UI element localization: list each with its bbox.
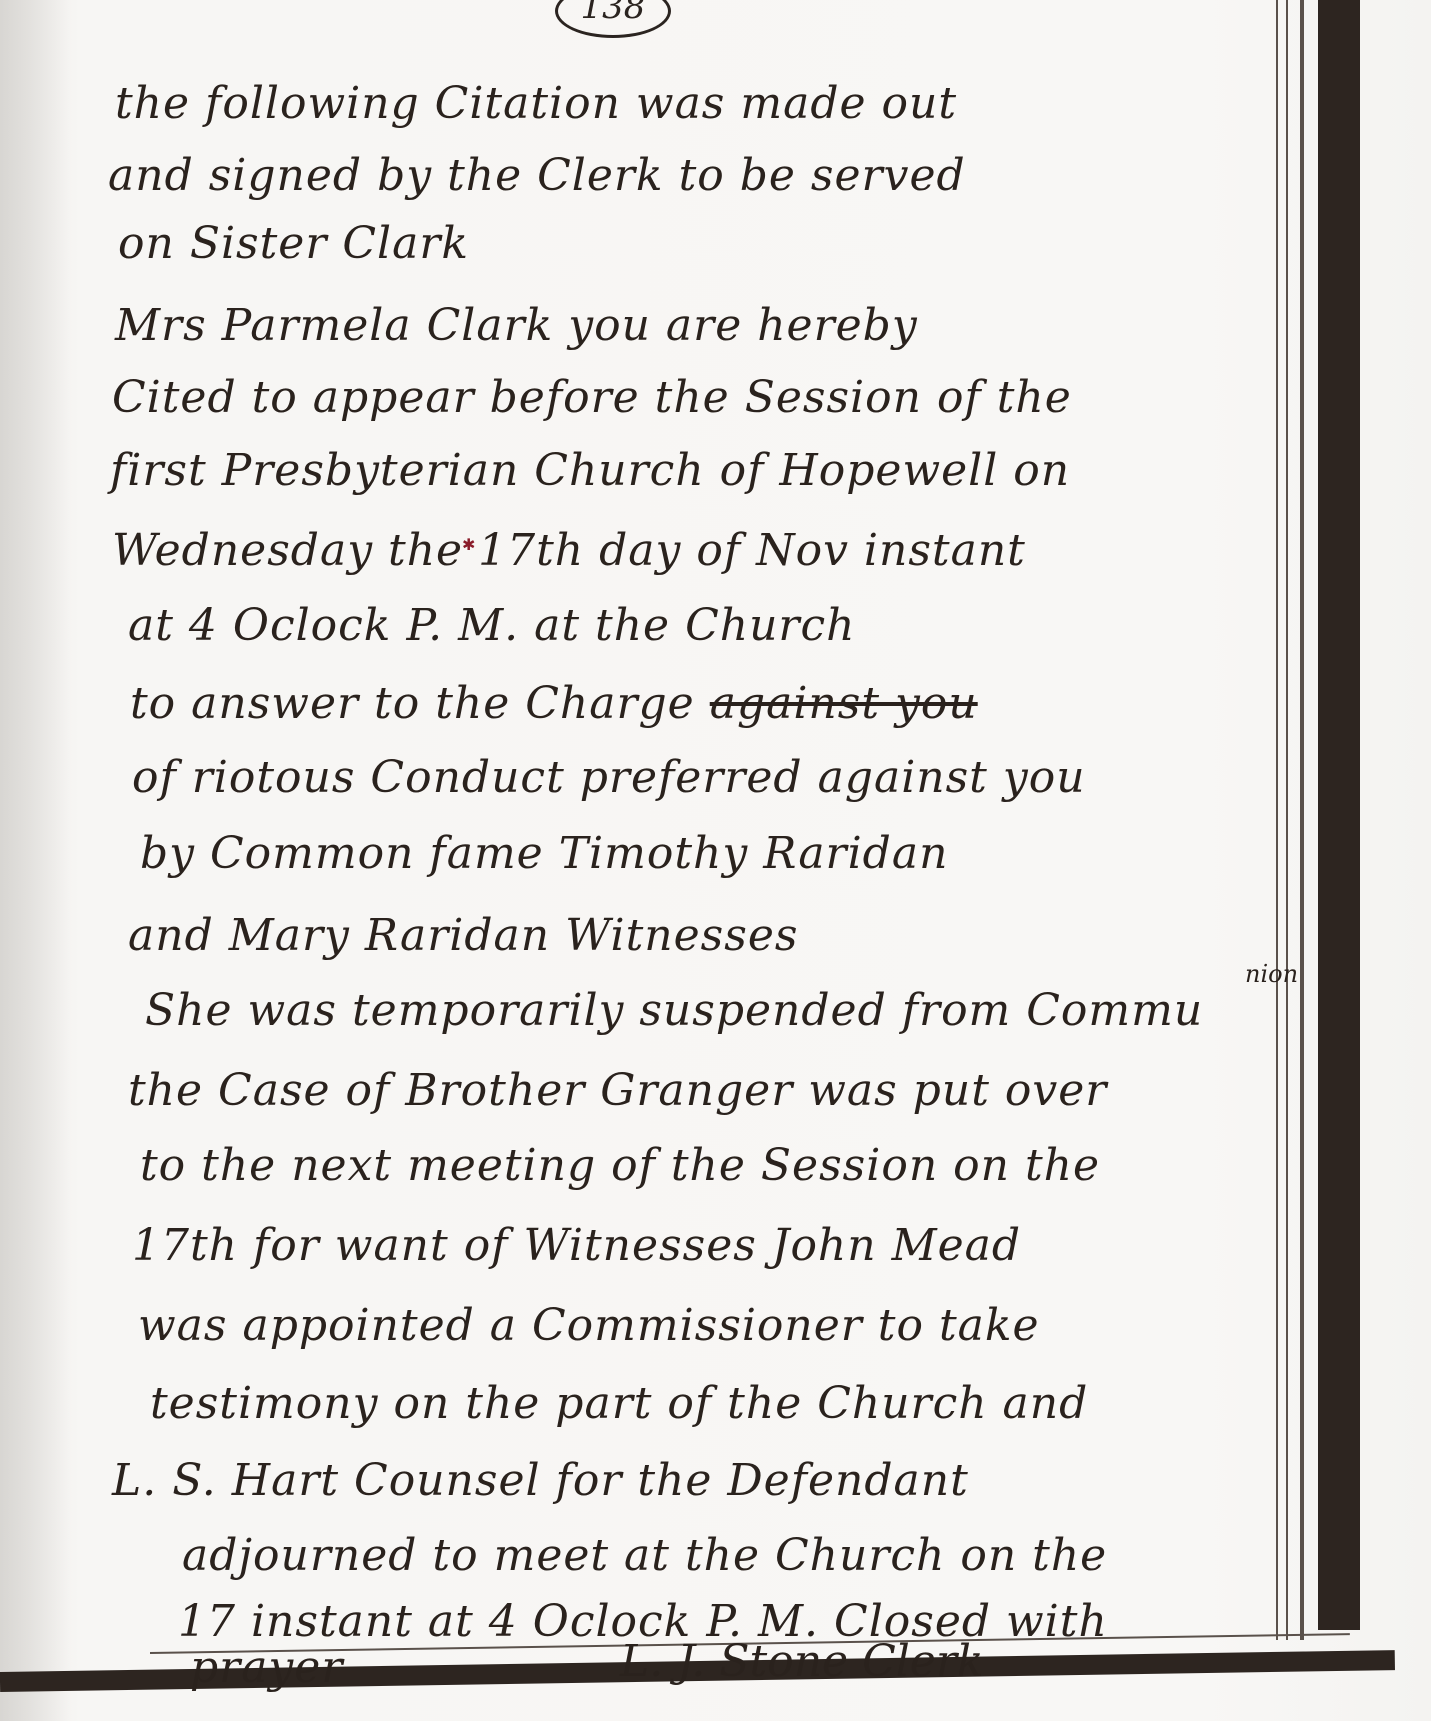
text-line: L. S. Hart Counsel for the Defendant — [112, 1455, 969, 1506]
text-line: at 4 Oclock P. M. at the Church — [128, 600, 855, 651]
text-line: prayer — [190, 1642, 343, 1693]
gutter-shadow — [0, 0, 70, 1721]
text-line: on Sister Clark — [118, 218, 469, 269]
text-line: first Presbyterian Church of Hopewell on — [110, 445, 1070, 496]
text-line: 17th for want of Witnesses John Mead — [132, 1220, 1021, 1271]
text-fragment: to answer to the Charge — [130, 678, 695, 729]
binding-rule — [1286, 0, 1288, 1640]
text-line: testimony on the part of the Church and — [150, 1378, 1088, 1429]
binding-rule — [1300, 0, 1304, 1640]
text-line: of riotous Conduct preferred against you — [132, 752, 1086, 803]
text-line: Mrs Parmela Clark you are hereby — [115, 300, 918, 351]
text-line: Cited to appear before the Session of th… — [112, 372, 1072, 423]
book-spine-edge — [1318, 0, 1360, 1630]
struck-text: against you — [710, 678, 978, 729]
text-line: adjourned to meet at the Church on the — [182, 1530, 1107, 1581]
text-line: and signed by the Clerk to be served — [108, 150, 966, 201]
page-number: 138 — [555, 0, 671, 38]
text-line: to answer to the Charge against you — [130, 678, 978, 729]
manuscript-page: 138 ✱ the following Citation was made ou… — [0, 0, 1431, 1721]
text-line: was appointed a Commissioner to take — [138, 1300, 1040, 1351]
text-line: the following Citation was made out — [115, 78, 957, 129]
text-line: to the next meeting of the Session on th… — [140, 1140, 1100, 1191]
binding-rule — [1276, 0, 1278, 1640]
text-line: the Case of Brother Granger was put over — [128, 1065, 1107, 1116]
text-line: Wednesday the 17th day of Nov instant — [112, 525, 1026, 576]
superscript-insert: nion — [1245, 960, 1298, 988]
text-line: by Common fame Timothy Raridan — [140, 828, 948, 879]
clerk-signature: L. J. Stone Clerk — [620, 1636, 984, 1687]
text-line: and Mary Raridan Witnesses — [128, 910, 798, 961]
text-line: She was temporarily suspended from Commu — [145, 985, 1203, 1036]
